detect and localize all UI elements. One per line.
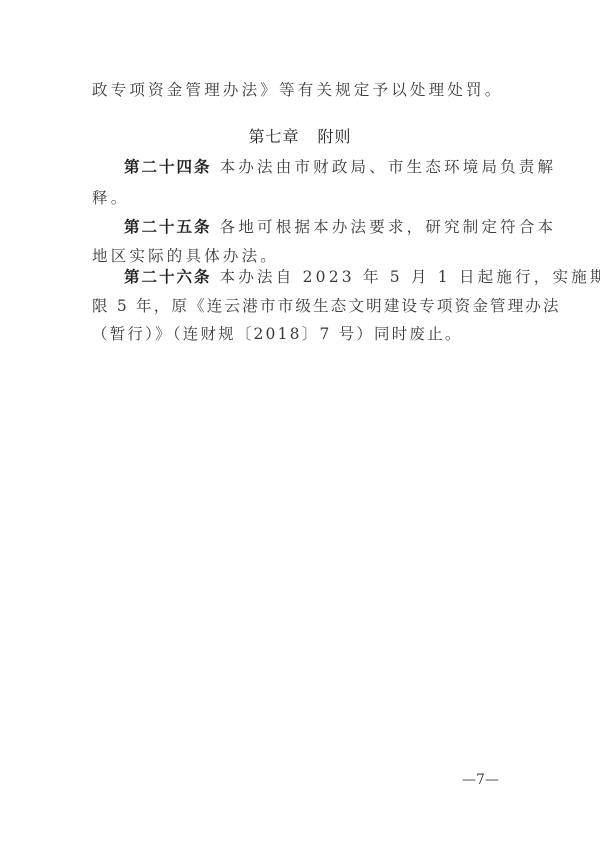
chapter-title: 附则 [318,127,352,146]
article-label: 第二十四条 [124,158,212,176]
continuation-text: 政专项资金管理办法》等有关规定予以处理处罚。 [92,78,503,100]
article-text: 本办法自 2023 年 5 月 1 日起施行，实施期 [220,268,600,286]
page-number: —7— [462,772,499,788]
article-label: 第二十六条 [124,268,212,286]
article-label: 第二十五条 [124,218,212,236]
chapter-heading: 第七章附则 [0,124,600,147]
article-25: 第二十五条 各地可根据本办法要求，研究制定符合本 [124,215,556,237]
article-26: 第二十六条 本办法自 2023 年 5 月 1 日起施行，实施期 [124,265,600,287]
article-25-cont: 地区实际的具体办法。 [92,244,279,266]
article-26-cont-2: （暂行）》（连财规〔2018〕7 号）同时废止。 [92,322,463,344]
article-26-cont-1: 限 5 年，原《连云港市市级生态文明建设专项资金管理办法 [92,294,561,316]
article-text: 本办法由市财政局、市生态环境局负责解 [220,158,557,176]
article-text: 各地可根据本办法要求，研究制定符合本 [220,218,557,236]
chapter-number: 第七章 [248,127,299,146]
article-24-cont: 释。 [92,186,129,208]
article-24: 第二十四条 本办法由市财政局、市生态环境局负责解 [124,155,556,177]
